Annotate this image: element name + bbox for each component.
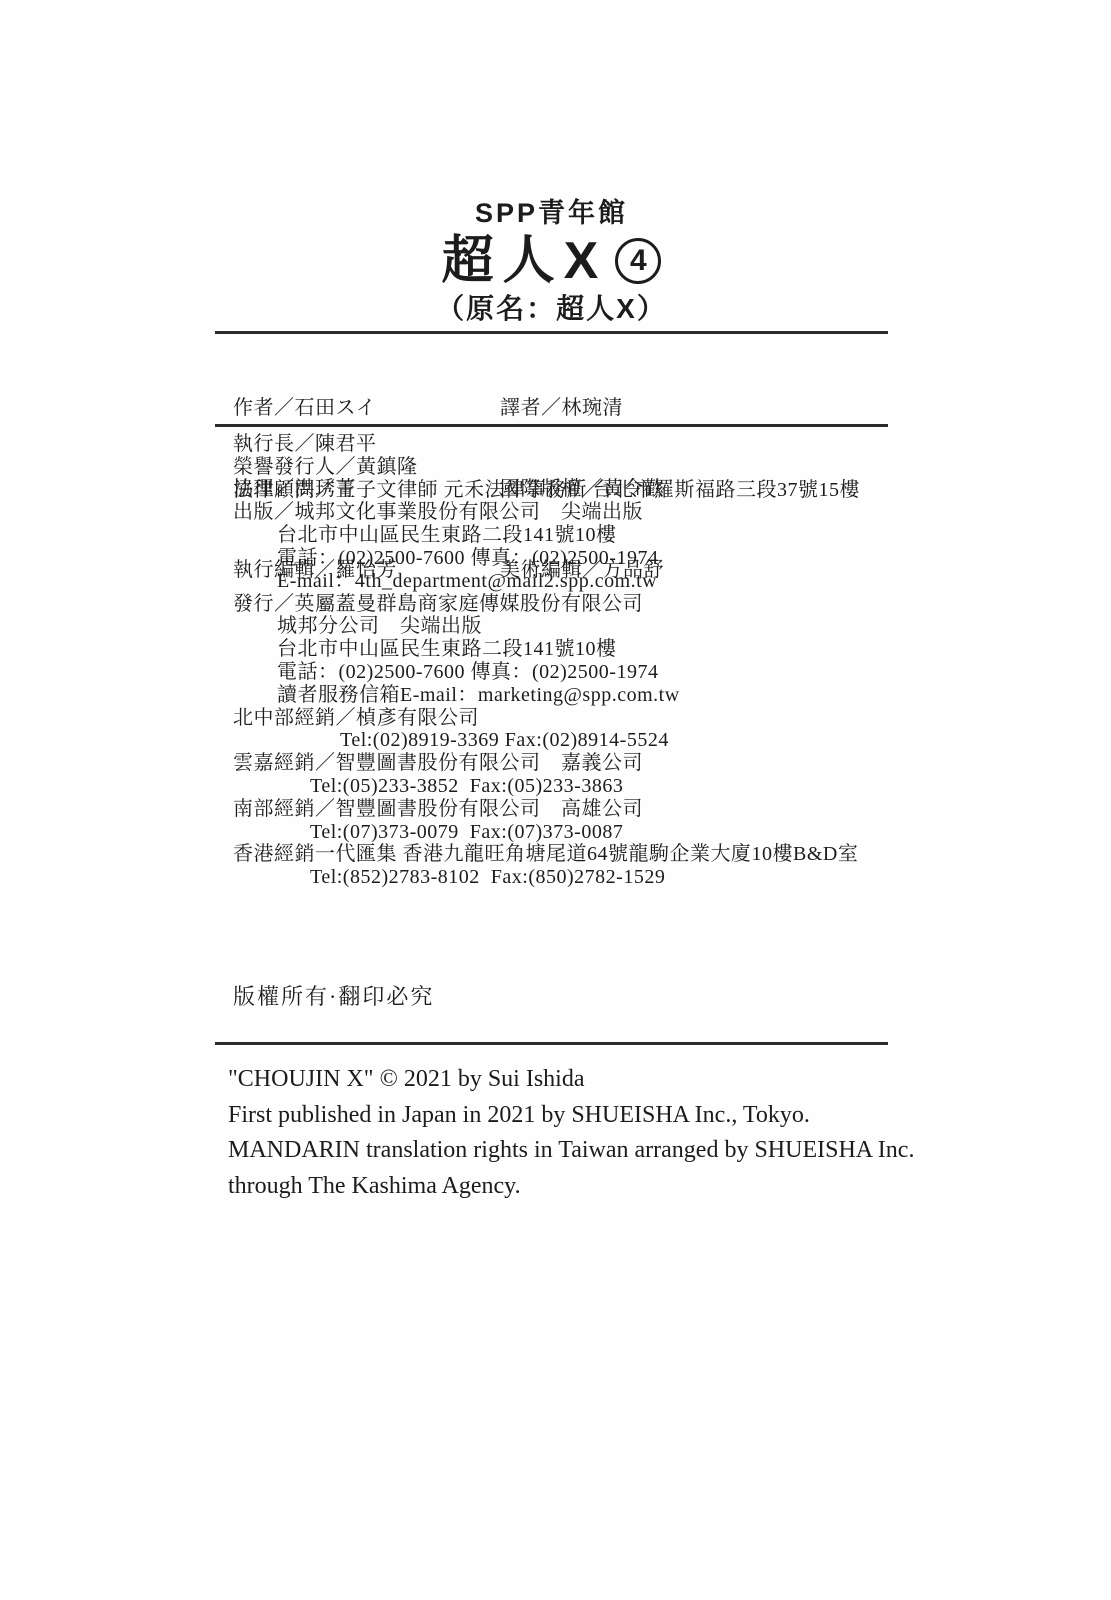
divider-bottom <box>215 1042 888 1045</box>
english-copyright: "CHOUJIN X" © 2021 by Sui Ishida First p… <box>228 1062 958 1204</box>
staff-line: 譯者／林琬清 <box>500 395 883 422</box>
publishing-line: 台北市中山區民生東路二段141號10樓 <box>233 638 913 661</box>
publishing-line: 發行／英屬蓋曼群島商家庭傳媒股份有限公司 <box>233 593 913 616</box>
content-column: SPP青年館 超人X 4 （原名：超人X） 作者／石田スイ 協理／洪琇菁 執行編… <box>215 0 888 1600</box>
publishing-line: 出版／城邦文化事業股份有限公司 尖端出版 <box>233 501 913 524</box>
publishing-line: 城邦分公司 尖端出版 <box>233 615 913 638</box>
publishing-line: Tel:(07)373-0079 Fax:(07)373-0087 <box>233 821 913 844</box>
book-title-text: 超人X <box>442 233 608 289</box>
publishing-line: 讀者服務信箱E-mail：marketing@spp.com.tw <box>233 684 913 707</box>
volume-badge: 4 <box>615 238 661 284</box>
english-copyright-line: through The Kashima Agency. <box>228 1169 958 1205</box>
publishing-line: E-mail：4th_department@mail2.spp.com.tw <box>233 570 913 593</box>
publishing-line: 雲嘉經銷／智豐圖書股份有限公司 嘉義公司 <box>233 752 913 775</box>
publishing-line: 香港經銷一代匯集 香港九龍旺角塘尾道64號龍駒企業大廈10樓B&D室 <box>233 843 913 866</box>
english-copyright-line: MANDARIN translation rights in Taiwan ar… <box>228 1133 958 1169</box>
publishing-line: 台北市中山區民生東路二段141號10樓 <box>233 524 913 547</box>
english-copyright-line: "CHOUJIN X" © 2021 by Sui Ishida <box>228 1062 958 1098</box>
publishing-info: 執行長／陳君平 榮譽發行人／黃鎮隆 法律顧問／王子文律師 元禾法律事務所 台北市… <box>233 433 913 889</box>
publishing-line: 法律顧問／王子文律師 元禾法律事務所 台北市羅斯福路三段37號15樓 <box>233 479 913 502</box>
publishing-line: 南部經銷／智豐圖書股份有限公司 高雄公司 <box>233 798 913 821</box>
publishing-line: 執行長／陳君平 <box>233 433 913 456</box>
publishing-line: Tel:(02)8919-3369 Fax:(02)8914-5524 <box>233 729 913 752</box>
publishing-line: 電話：(02)2500-7600 傳真：(02)2500-1974 <box>233 661 913 684</box>
publishing-line: 北中部經銷／楨彥有限公司 <box>233 707 913 730</box>
colophon-page: SPP青年館 超人X 4 （原名：超人X） 作者／石田スイ 協理／洪琇菁 執行編… <box>0 0 1111 1600</box>
staff-line: 作者／石田スイ <box>233 395 500 422</box>
original-title: （原名：超人X） <box>215 293 888 325</box>
publishing-line: Tel:(852)2783-8102 Fax:(850)2782-1529 <box>233 866 913 889</box>
imprint-label: SPP青年館 <box>215 198 888 228</box>
publishing-line: 電話：(02)2500-7600 傳真：(02)2500-1974 <box>233 547 913 570</box>
divider-middle <box>215 424 888 427</box>
publishing-line: Tel:(05)233-3852 Fax:(05)233-3863 <box>233 775 913 798</box>
english-copyright-line: First published in Japan in 2021 by SHUE… <box>228 1098 958 1134</box>
title-block: SPP青年館 超人X 4 （原名：超人X） <box>215 198 888 325</box>
book-title: 超人X 4 <box>215 233 888 289</box>
divider-top <box>215 331 888 334</box>
publishing-line: 榮譽發行人／黃鎮隆 <box>233 456 913 479</box>
copyright-notice: 版權所有·翻印必究 <box>233 980 434 1011</box>
